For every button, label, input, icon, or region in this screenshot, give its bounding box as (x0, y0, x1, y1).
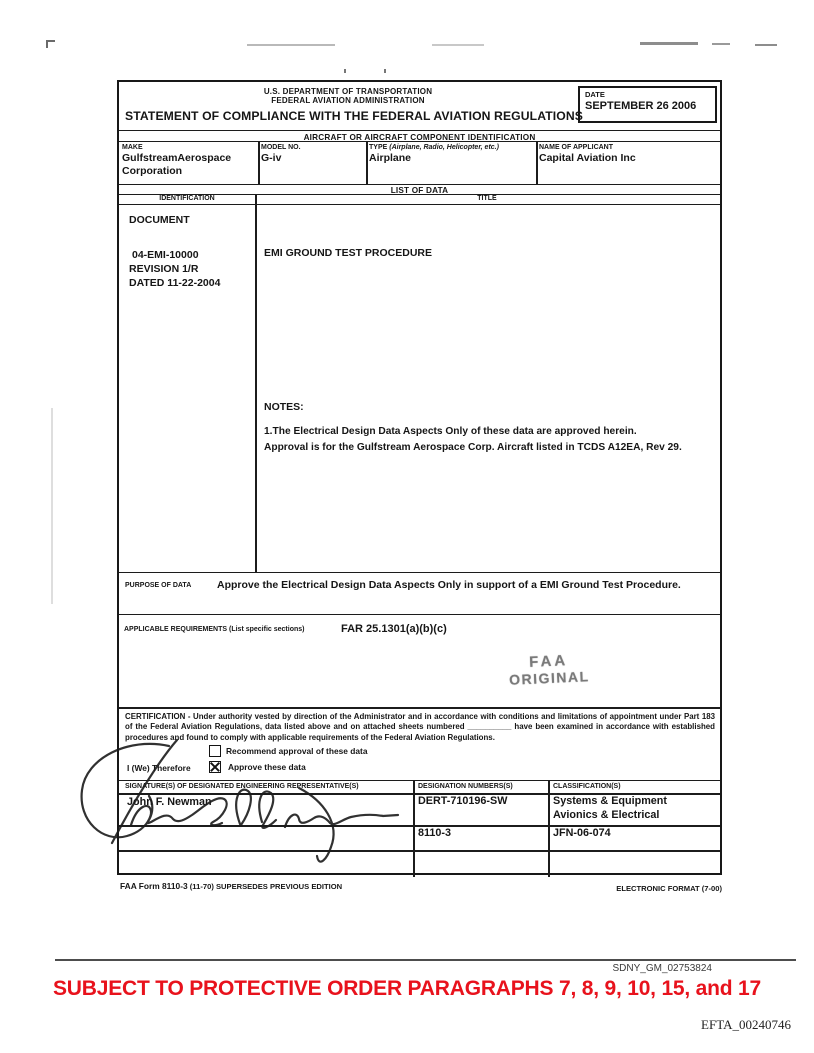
note-line-2: Approval is for the Gulfstream Aerospace… (264, 442, 682, 453)
make-label: MAKE (122, 144, 261, 151)
type-label: TYPE (Airplane, Radio, Helicopter, etc.) (369, 144, 539, 151)
make-cell: MAKE GulfstreamAerospace Corporation (119, 142, 264, 184)
date-value: SEPTEMBER 26 2006 (585, 100, 715, 112)
classification-1a: Systems & Equipment (553, 795, 667, 807)
scan-dash (640, 42, 698, 45)
bates-number-sdny: SDNY_GM_02753824 (612, 963, 712, 974)
approve-checkbox[interactable] (209, 761, 221, 773)
model-cell: MODEL NO. G-iv (258, 142, 372, 184)
recommend-approval-checkbox[interactable] (209, 745, 221, 757)
document-kind: DOCUMENT (129, 214, 190, 226)
scan-dash (712, 43, 730, 45)
signature-column-header: SIGNATURE(S) OF DESIGNATED ENGINEERING R… (125, 783, 359, 790)
note-line-1: 1.The Electrical Design Data Aspects Onl… (264, 426, 637, 437)
form-header: U.S. DEPARTMENT OF TRANSPORTATION FEDERA… (119, 82, 720, 130)
scan-dash (432, 44, 484, 46)
form-footer-left: FAA Form 8110-3 (11-70) SUPERSEDES PREVI… (120, 881, 342, 891)
agency-line-1: U.S. DEPARTMENT OF TRANSPORTATION (119, 87, 577, 96)
applicant-cell: NAME OF APPLICANT Capital Aviation Inc (536, 142, 725, 184)
type-value: Airplane (369, 152, 539, 165)
document-date: DATED 11-22-2004 (129, 277, 220, 289)
scan-speck (384, 69, 386, 73)
document-number: 04-EMI-10000 (132, 249, 199, 261)
certification-heading: CERTIFICATION - (125, 712, 191, 721)
applicant-label: NAME OF APPLICANT (539, 144, 722, 151)
protective-order-stamp: SUBJECT TO PROTECTIVE ORDER PARAGRAPHS 7… (0, 977, 814, 1001)
row-divider (119, 850, 720, 852)
certification-paragraph: CERTIFICATION - Under authority vested b… (125, 712, 715, 743)
notes-heading: NOTES: (264, 401, 304, 413)
scan-dash (755, 44, 777, 46)
section-bar-list-of-data: LIST OF DATA (119, 184, 720, 195)
type-cell: TYPE (Airplane, Radio, Helicopter, etc.)… (366, 142, 542, 184)
data-title: EMI GROUND TEST PROCEDURE (264, 247, 432, 259)
column-divider (255, 205, 257, 572)
classification-1b: Avionics & Electrical (553, 809, 659, 821)
certification-section: CERTIFICATION - Under authority vested b… (119, 707, 720, 780)
purpose-label: PURPOSE OF DATA (125, 582, 191, 589)
bates-number-efta: EFTA_00240746 (701, 1017, 791, 1033)
scan-smudge (51, 408, 53, 604)
certification-body: Under authority vested by direction of t… (125, 712, 715, 742)
date-label: DATE (585, 90, 715, 99)
list-column-headers: IDENTIFICATION TITLE (119, 195, 720, 205)
type-label-note: (Airplane, Radio, Helicopter, etc.) (389, 144, 499, 151)
designation-number-2: 8110-3 (418, 827, 451, 839)
scan-corner-mark (46, 40, 55, 48)
applicable-requirements-row: APPLICABLE REQUIREMENTS (List specific s… (119, 614, 720, 707)
form-title: STATEMENT OF COMPLIANCE WITH THE FEDERAL… (119, 109, 589, 123)
document-revision: REVISION 1/R (129, 263, 198, 275)
form-number: FAA Form 8110-3 (120, 881, 188, 891)
therefore-label: I (We) Therefore (127, 763, 191, 773)
recommend-approval-label: Recommend approval of these data (226, 746, 367, 756)
section-bar-aircraft-identification: AIRCRAFT OR AIRCRAFT COMPONENT IDENTIFIC… (119, 130, 720, 142)
column-divider (413, 781, 415, 877)
applicable-requirements-value: FAR 25.1301(a)(b)(c) (341, 623, 447, 635)
classification-2: JFN-06-074 (553, 827, 611, 839)
classification-column-header: CLASSIFICATION(S) (553, 783, 621, 790)
agency-line-2: FEDERAL AVIATION ADMINISTRATION (119, 96, 577, 105)
applicable-requirements-label: APPLICABLE REQUIREMENTS (List specific s… (124, 626, 304, 633)
list-of-data-body: DOCUMENT 04-EMI-10000 REVISION 1/R DATED… (119, 205, 720, 572)
approve-label: Approve these data (228, 762, 306, 772)
designation-number-1: DERT-710196-SW (418, 795, 507, 807)
scanned-document-page: U.S. DEPARTMENT OF TRANSPORTATION FEDERA… (0, 0, 814, 1053)
signature-table: SIGNATURE(S) OF DESIGNATED ENGINEERING R… (119, 780, 720, 877)
faa-original-stamp: FAA ORIGINAL (488, 650, 609, 688)
form-edition: (11-70) SUPERSEDES PREVIOUS EDITION (190, 882, 342, 891)
make-value: GulfstreamAerospace Corporation (122, 152, 261, 177)
identification-column-header: IDENTIFICATION (119, 195, 255, 202)
model-value: G-iv (261, 152, 369, 165)
form-footer-right: ELECTRONIC FORMAT (7-00) (616, 884, 722, 893)
title-column-header: TITLE (255, 195, 719, 202)
column-divider (548, 781, 550, 877)
designation-column-header: DESIGNATION NUMBERS(S) (418, 783, 513, 790)
model-label: MODEL NO. (261, 144, 369, 151)
purpose-value: Approve the Electrical Design Data Aspec… (217, 579, 681, 591)
scan-speck (344, 69, 346, 73)
applicant-value: Capital Aviation Inc (539, 152, 722, 165)
signer-name: John F. Newman (127, 796, 212, 808)
scan-dash (247, 44, 335, 46)
identification-row: MAKE GulfstreamAerospace Corporation MOD… (119, 142, 720, 184)
page-separator-line (55, 959, 796, 961)
faa-form-8110-3: U.S. DEPARTMENT OF TRANSPORTATION FEDERA… (117, 80, 722, 875)
date-box: DATE SEPTEMBER 26 2006 (578, 86, 717, 123)
purpose-of-data-row: PURPOSE OF DATA Approve the Electrical D… (119, 572, 720, 614)
